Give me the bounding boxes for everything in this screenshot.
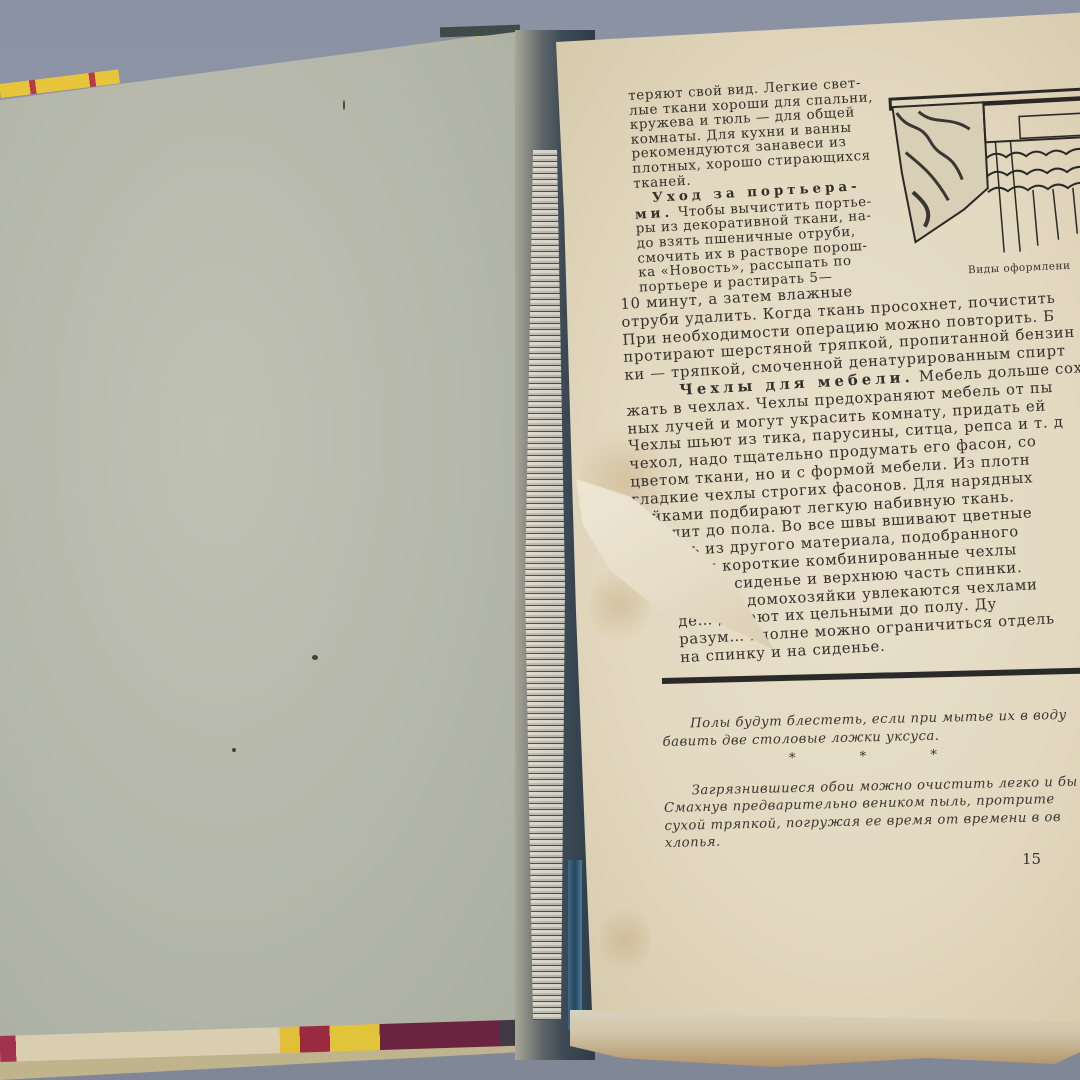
book-photo: Виды оформлени теряют свой вид. Легкие с…	[0, 0, 1080, 1080]
endpaper-spot	[312, 655, 318, 660]
endpaper-spot	[343, 100, 345, 110]
household-tips: Полы будут блестеть, если при мытье их в…	[662, 706, 1080, 852]
curtain-illustration	[888, 83, 1080, 263]
spine-gauze-binding	[525, 150, 565, 1020]
paper-stain	[600, 900, 650, 980]
column-text: теряют свой вид. Легкие свет- лые ткани …	[628, 75, 901, 296]
page-number: 15	[1022, 850, 1041, 868]
endpaper-left	[0, 30, 548, 1040]
spine-blue-thread	[568, 860, 582, 1030]
endpaper-spot	[232, 748, 236, 752]
